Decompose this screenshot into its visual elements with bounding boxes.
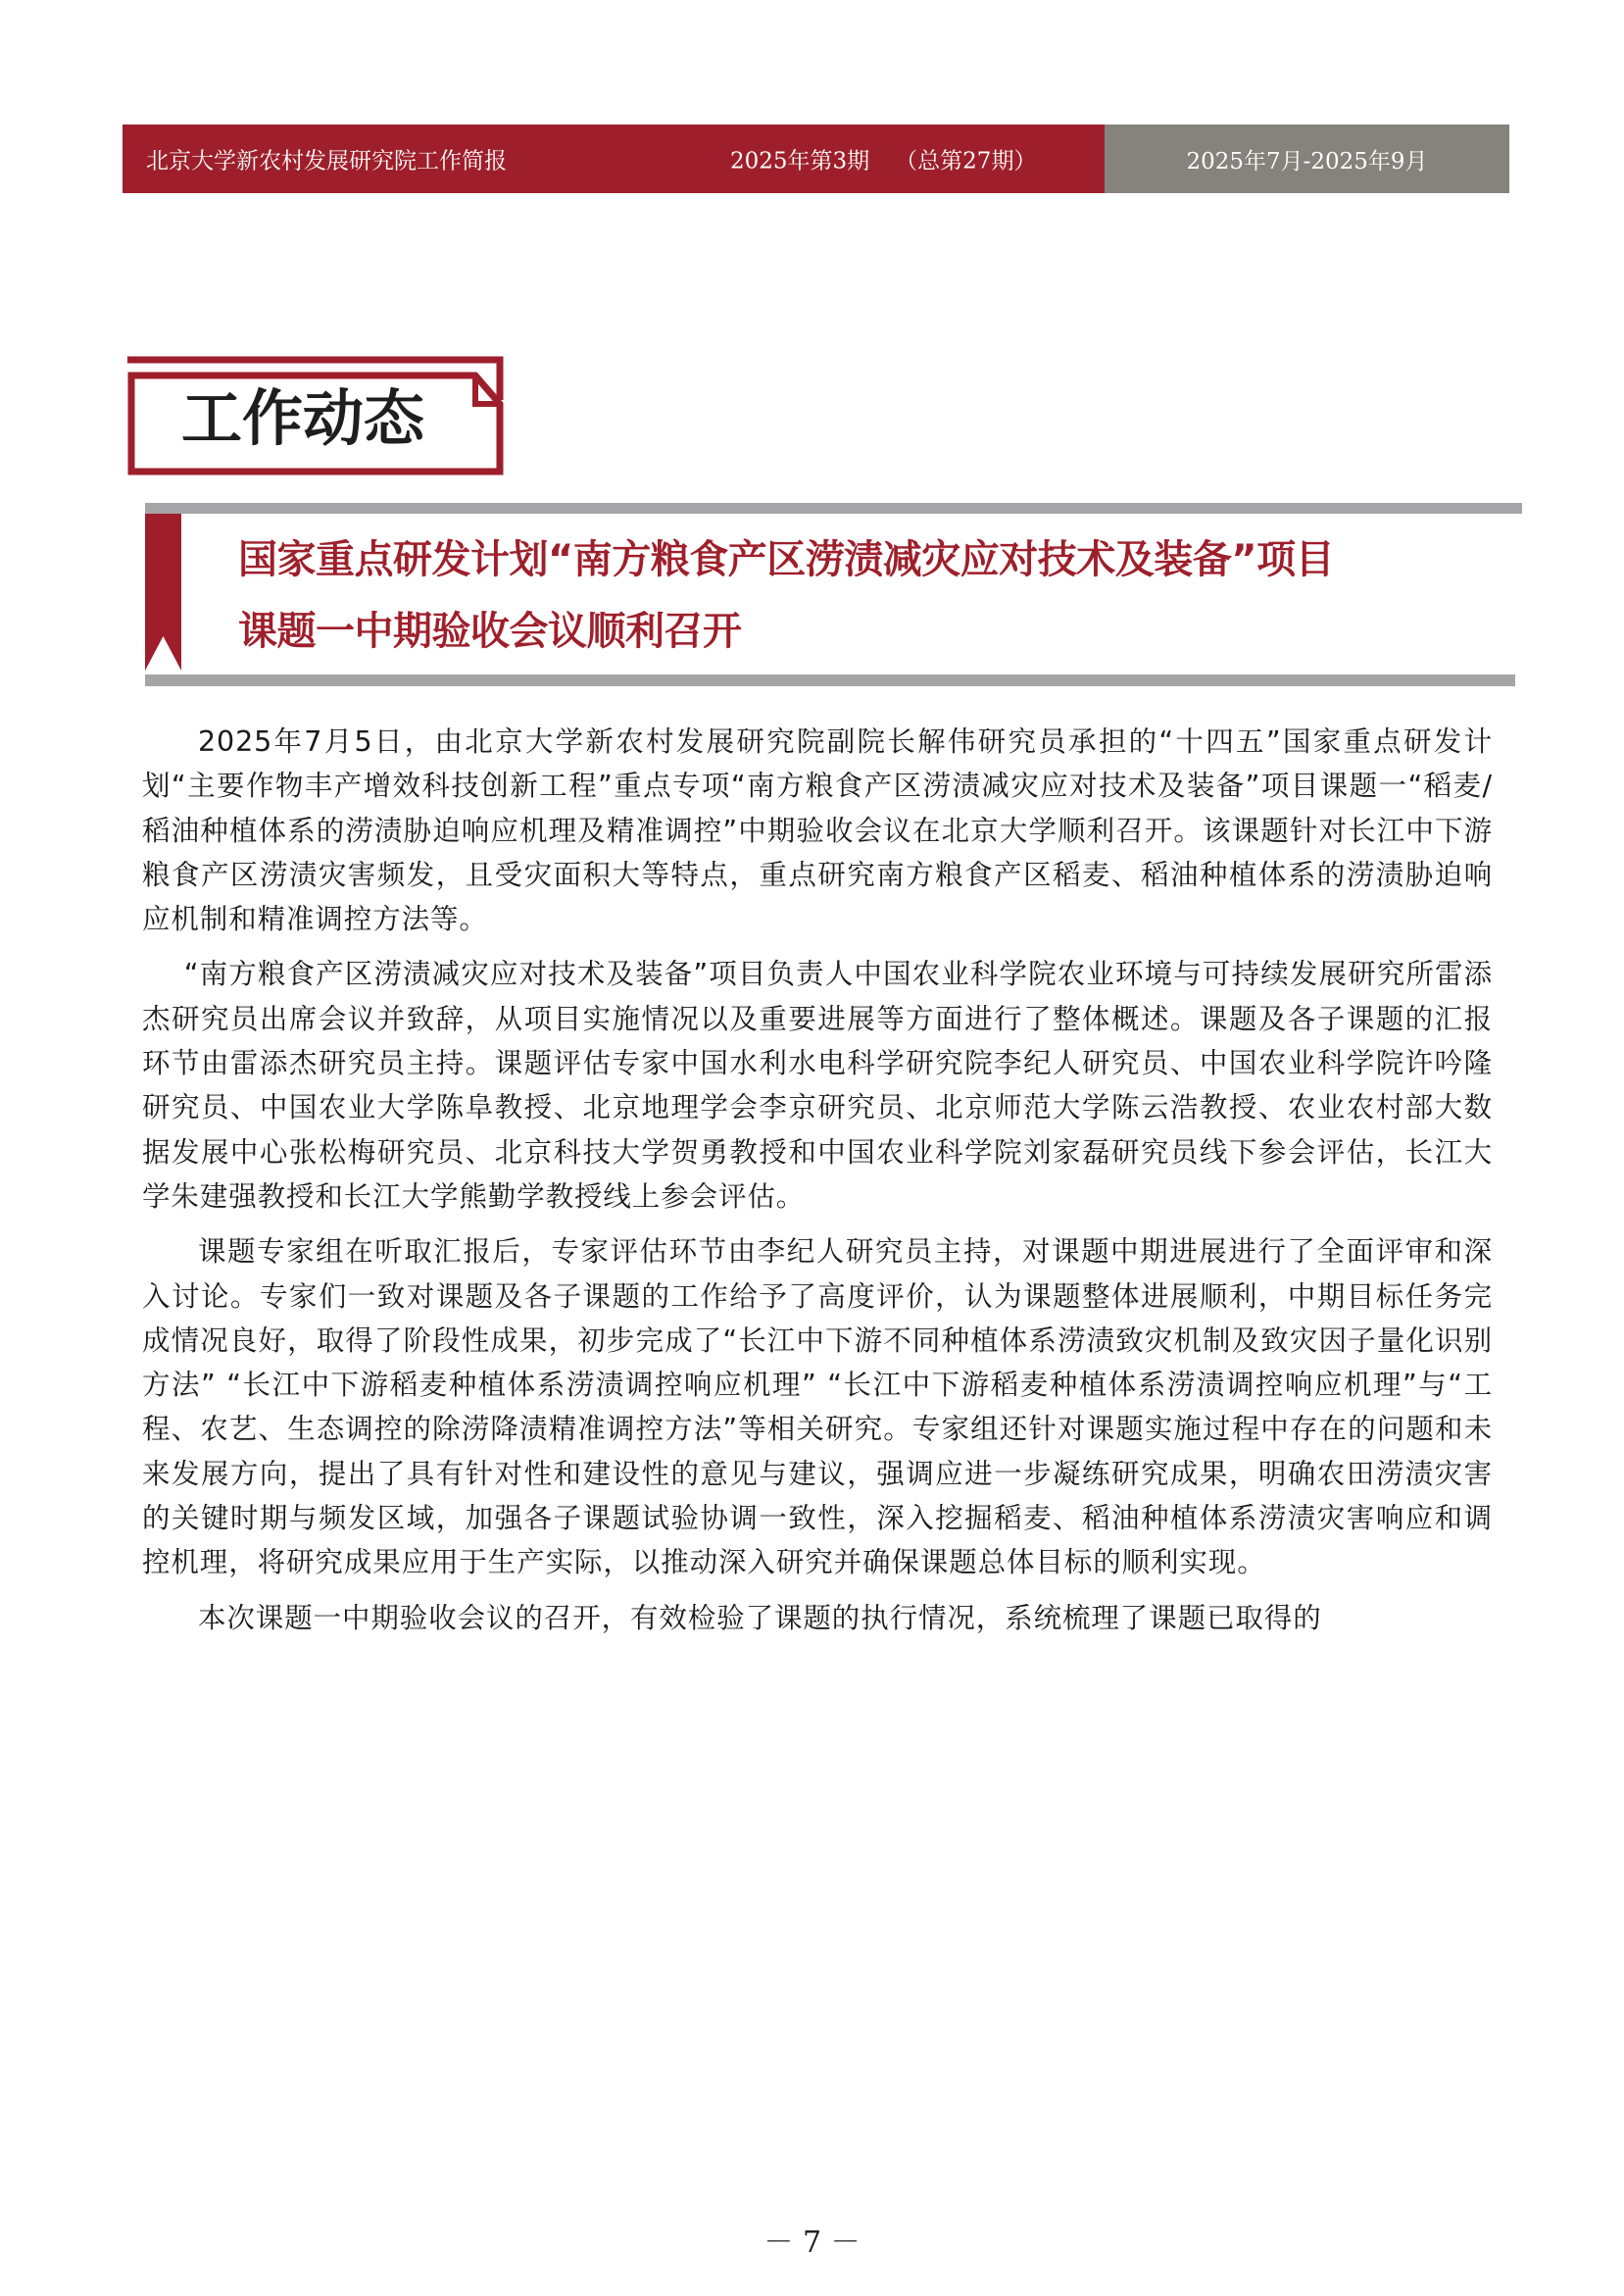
paragraph-2: “南方粮食产区涝渍减灾应对技术及装备”项目负责人中国农业科学院农业环境与可持续发… — [142, 952, 1493, 1219]
article-body: 2025年7月5日，由北京大学新农村发展研究院副院长解伟研究员承担的“十四五”国… — [142, 720, 1493, 1651]
bookmark-ribbon-icon — [145, 514, 182, 673]
issue-info: 2025年第3期（总第27期） — [730, 143, 1036, 175]
title-top-divider — [145, 503, 1522, 514]
article-title-line-1: 国家重点研发计划“南方粮食产区涝渍减灾应对技术及装备”项目 — [238, 524, 1334, 596]
publication-period: 2025年7月-2025年9月 — [1186, 143, 1427, 175]
total-issue-number: （总第27期） — [895, 149, 1036, 175]
article-title-block: 国家重点研发计划“南方粮食产区涝渍减灾应对技术及装备”项目 课题一中期验收会议顺… — [145, 503, 1525, 689]
issue-number: 2025年第3期 — [730, 149, 869, 175]
newsletter-header-bar: 北京大学新农村发展研究院工作简报 2025年第3期（总第27期） 2025年7月… — [123, 125, 1509, 193]
header-period-section: 2025年7月-2025年9月 — [1105, 125, 1509, 193]
article-title-line-2: 课题一中期验收会议顺利召开 — [238, 596, 1334, 668]
section-label-box: 工作动态 — [127, 355, 505, 473]
title-bottom-divider — [145, 674, 1515, 686]
article-title: 国家重点研发计划“南方粮食产区涝渍减灾应对技术及装备”项目 课题一中期验收会议顺… — [238, 524, 1334, 668]
section-label-text: 工作动态 — [181, 388, 424, 449]
header-red-section: 北京大学新农村发展研究院工作简报 2025年第3期（总第27期） — [123, 125, 1105, 193]
page-number: － 7 － — [0, 2218, 1624, 2261]
publication-title: 北京大学新农村发展研究院工作简报 — [146, 143, 507, 175]
paragraph-1: 2025年7月5日，由北京大学新农村发展研究院副院长解伟研究员承担的“十四五”国… — [142, 720, 1493, 941]
paragraph-4: 本次课题一中期验收会议的召开，有效检验了课题的执行情况，系统梳理了课题已取得的 — [142, 1596, 1493, 1640]
paragraph-3: 课题专家组在听取汇报后，专家评估环节由李纪人研究员主持，对课题中期进展进行了全面… — [142, 1229, 1493, 1584]
